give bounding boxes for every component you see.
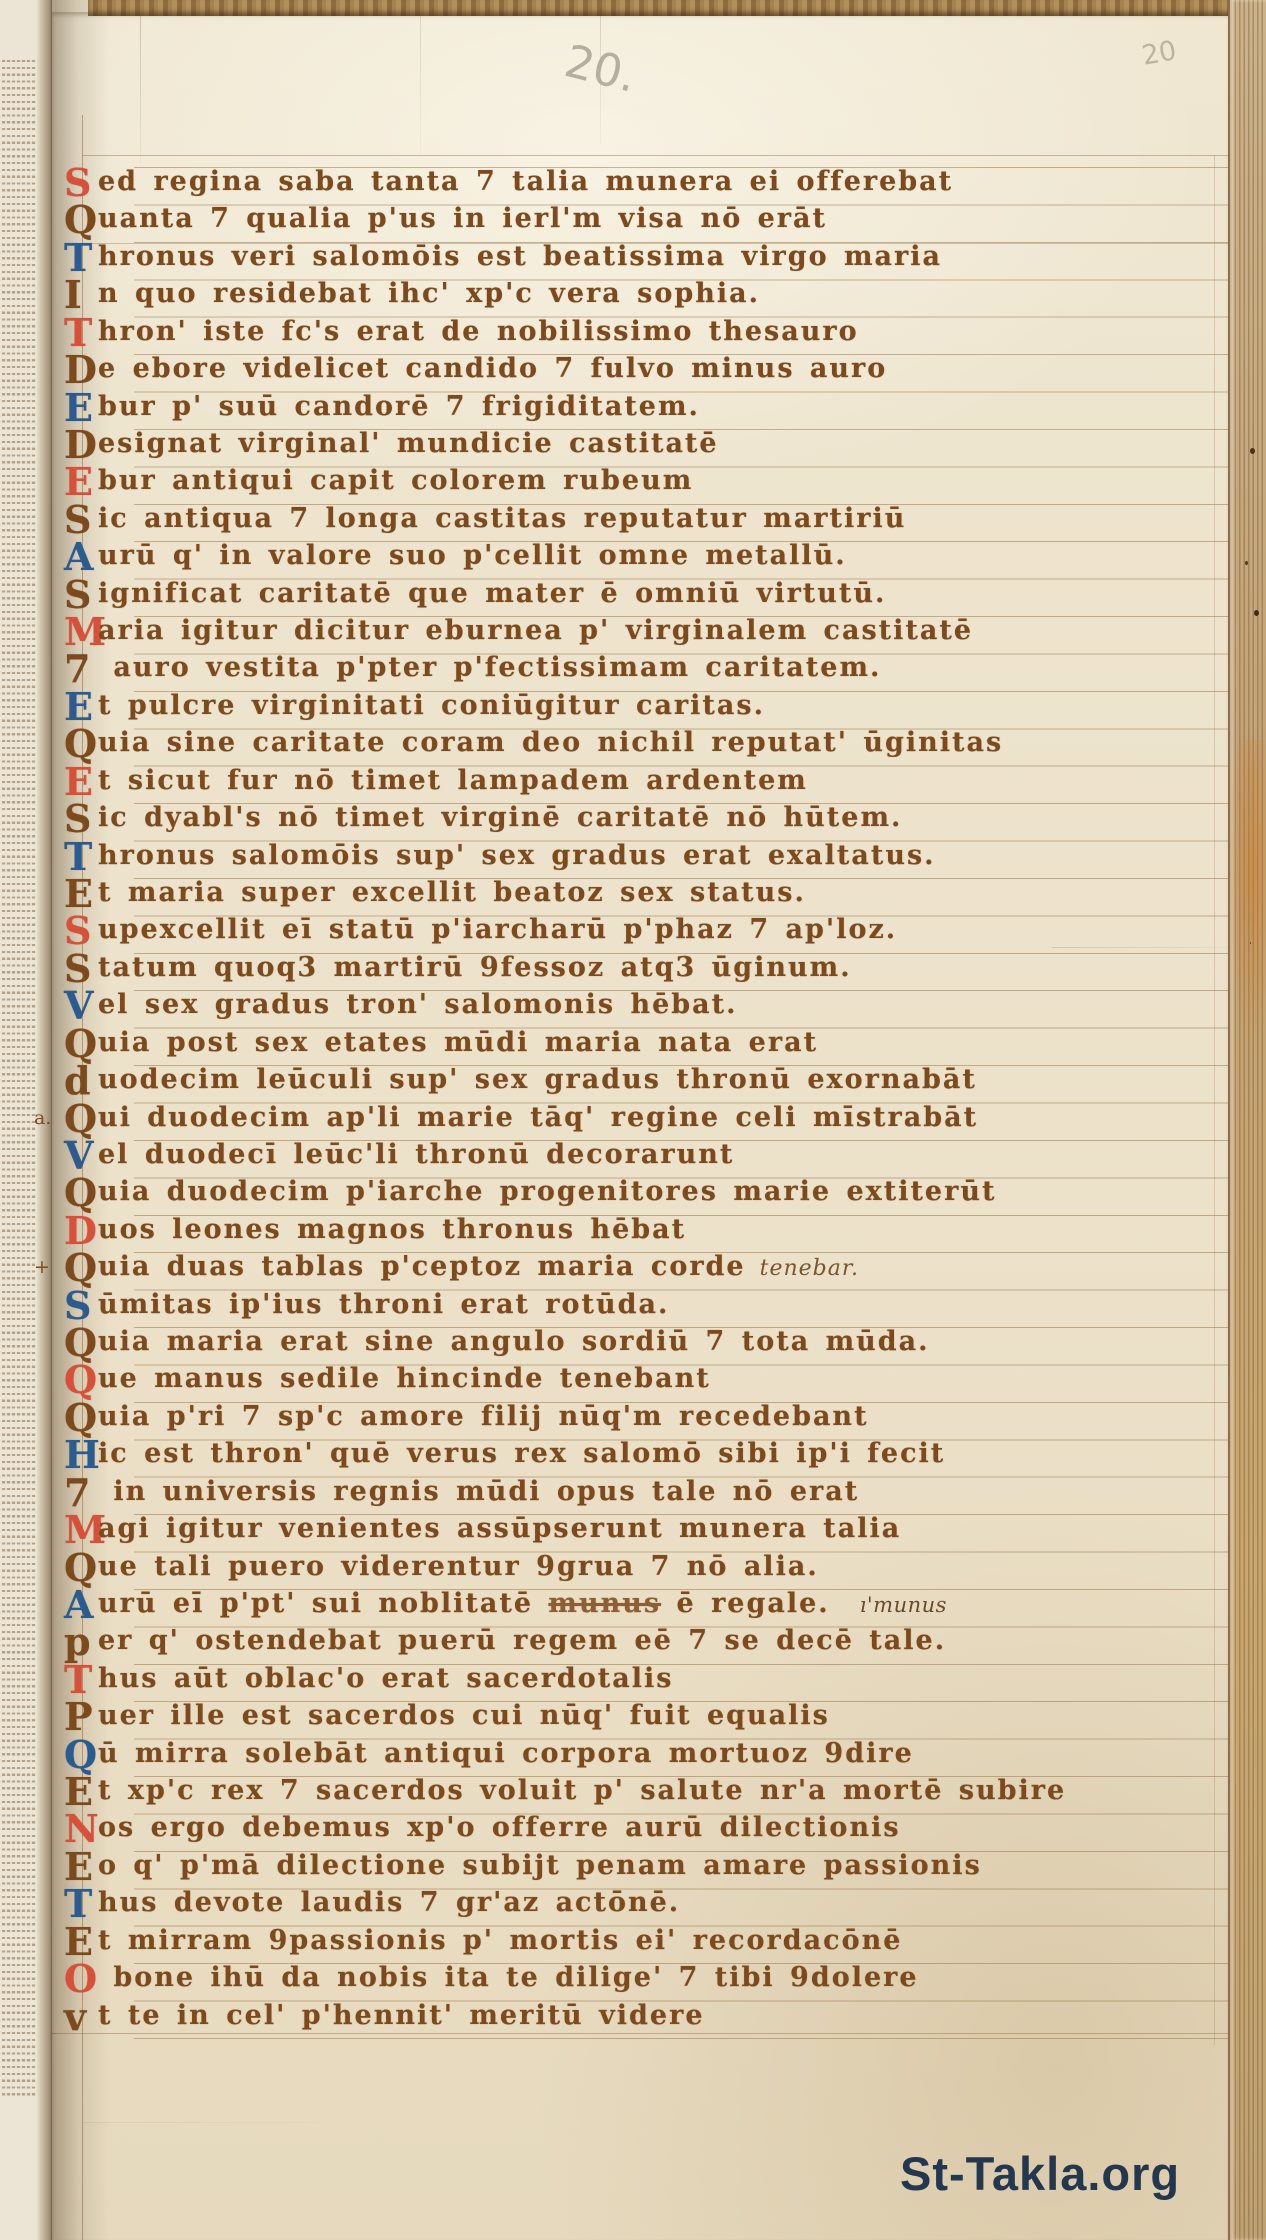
manuscript-line: vt te in cel' p'hennit' meritū videre bbox=[64, 1997, 705, 2035]
line-text: bur antiqui capit colorem rubeum bbox=[98, 465, 693, 496]
line-text: el sex gradus tron' salomonis hēbat. bbox=[98, 989, 738, 1020]
line-text: uia post sex etates mūdi maria nata erat bbox=[98, 1027, 818, 1058]
manuscript-line: Quia sine caritate coram deo nichil repu… bbox=[64, 724, 1003, 762]
line-initial: E bbox=[64, 1850, 98, 1884]
manuscript-line: Quia duodecim p'iarche progenitores mari… bbox=[64, 1173, 996, 1211]
fore-edge bbox=[1228, 0, 1266, 2240]
line-initial: S bbox=[64, 1289, 98, 1323]
line-initial: E bbox=[64, 465, 98, 499]
manuscript-line: Et mirram 9passionis p' mortis ei' recor… bbox=[64, 1922, 902, 1960]
line-text: uia p'ri 7 sp'c amore filij nūq'm recede… bbox=[98, 1401, 869, 1432]
line-text: t xp'c rex 7 sacerdos voluit p' salute n… bbox=[98, 1775, 1066, 1806]
manuscript-line: Quanta 7 qualia p'us in ierl'm visa nō e… bbox=[64, 200, 827, 238]
manuscript-scan: 20. 20 Sed regina saba tanta 7 talia mun… bbox=[0, 0, 1266, 2240]
manuscript-line: Sūmitas ip'ius throni erat rotūda. bbox=[64, 1286, 669, 1324]
line-initial: Q bbox=[64, 1102, 98, 1136]
manuscript-line: Statum quoq3 martirū 9fessoz atq3 ūginum… bbox=[64, 949, 852, 987]
line-initial: T bbox=[64, 316, 98, 350]
line-text: uia maria erat sine angulo sordiū 7 tota… bbox=[98, 1326, 930, 1357]
line-initial: P bbox=[64, 1700, 98, 1734]
line-text: tatum quoq3 martirū 9fessoz atq3 ūginum. bbox=[98, 952, 852, 983]
line-initial: A bbox=[64, 540, 98, 574]
line-text: t mirram 9passionis p' mortis ei' record… bbox=[98, 1925, 902, 1956]
line-initial: E bbox=[64, 1925, 98, 1959]
line-text: hronus salomōis sup' sex gradus erat exa… bbox=[98, 840, 936, 871]
line-initial: Q bbox=[64, 1027, 98, 1061]
line-text: bone ihū da nobis ita te dilige' 7 tibi … bbox=[98, 1962, 919, 1993]
manuscript-line: Que manus sedile hincinde tenebant bbox=[64, 1360, 711, 1398]
manuscript-line: Quia p'ri 7 sp'c amore filij nūq'm reced… bbox=[64, 1398, 869, 1436]
manuscript-line: Nos ergo debemus xp'o offerre aurū dilec… bbox=[64, 1809, 901, 1847]
line-text: o q' p'mā dilectione subijt penam amare … bbox=[98, 1850, 982, 1881]
manuscript-line: Qui duodecim ap'li marie tāq' regine cel… bbox=[64, 1099, 978, 1137]
line-initial: d bbox=[64, 1064, 98, 1098]
line-initial: 7 bbox=[64, 652, 98, 686]
manuscript-line: Qū mirra solebāt antiqui corpora mortuoz… bbox=[64, 1735, 914, 1773]
manuscript-line: Eo q' p'mā dilectione subijt penam amare… bbox=[64, 1847, 982, 1885]
manuscript-line: Aurū eī p'pt' sui noblitatē munus ē rega… bbox=[64, 1585, 947, 1623]
line-initial: M bbox=[64, 1513, 98, 1547]
text-block: Sed regina saba tanta 7 talia munera ei … bbox=[64, 0, 1228, 2240]
manuscript-line: Quia duas tablas p'ceptoz maria cordeten… bbox=[64, 1248, 859, 1286]
manuscript-line: Hic est thron' quē verus rex salomō sibi… bbox=[64, 1435, 945, 1473]
line-text: ic est thron' quē verus rex salomō sibi … bbox=[98, 1438, 945, 1469]
manuscript-line: Designat virginal' mundicie castitatē bbox=[64, 425, 719, 463]
line-text: uia duodecim p'iarche progenitores marie… bbox=[98, 1176, 996, 1207]
line-initial: Q bbox=[64, 1251, 98, 1285]
line-initial: Q bbox=[64, 203, 98, 237]
line-text: ed regina saba tanta 7 talia munera ei o… bbox=[98, 166, 953, 197]
watermark: St-Takla.org bbox=[900, 2146, 1180, 2201]
line-text: auro vestita p'pter p'fectissimam carita… bbox=[98, 652, 881, 683]
line-initial: V bbox=[64, 1139, 98, 1173]
line-text: ignificat caritatē que mater ē omniū vir… bbox=[98, 578, 886, 609]
line-initial: M bbox=[64, 615, 98, 649]
line-initial: E bbox=[64, 765, 98, 799]
line-initial: Q bbox=[64, 1326, 98, 1360]
manuscript-line: duodecim leūculi sup' sex gradus thronū … bbox=[64, 1061, 977, 1099]
line-text: uia duas tablas p'ceptoz maria corde bbox=[98, 1251, 746, 1282]
line-text: bur p' suū candorē 7 frigiditatem. bbox=[98, 391, 700, 422]
line-text: hus devote laudis 7 gr'az actōnē. bbox=[98, 1887, 680, 1918]
manuscript-line: Thron' iste fc's erat de nobilissimo the… bbox=[64, 313, 859, 351]
line-initial: v bbox=[64, 2000, 98, 2034]
line-text: hronus veri salomōis est beatissima virg… bbox=[98, 241, 942, 272]
manuscript-line: Et pulcre virginitati coniūgitur caritas… bbox=[64, 687, 765, 725]
line-text: ui duodecim ap'li marie tāq' regine celi… bbox=[98, 1102, 978, 1133]
line-initial: T bbox=[64, 1887, 98, 1921]
manuscript-line: 7 auro vestita p'pter p'fectissimam cari… bbox=[64, 649, 881, 687]
line-initial: D bbox=[64, 353, 98, 387]
manuscript-line: Magi igitur venientes assūpserunt munera… bbox=[64, 1510, 901, 1548]
line-initial: E bbox=[64, 877, 98, 911]
manuscript-line: Thus aūt oblac'o erat sacerdotalis bbox=[64, 1660, 674, 1698]
line-initial: T bbox=[64, 1663, 98, 1697]
line-initial: Q bbox=[64, 1401, 98, 1435]
manuscript-line: Puer ille est sacerdos cui nūq' fuit equ… bbox=[64, 1697, 830, 1735]
line-text: er q' ostendebat puerū regem eē 7 se dec… bbox=[98, 1625, 946, 1656]
manuscript-line: In quo residebat ihc' xp'c vera sophia. bbox=[64, 275, 760, 313]
cursive-note: tenebar. bbox=[760, 1256, 859, 1281]
line-initial: S bbox=[64, 166, 98, 200]
manuscript-line: 7 in universis regnis mūdi opus tale nō … bbox=[64, 1473, 859, 1511]
line-text: el duodecī leūc'li thronū decorarunt bbox=[98, 1139, 734, 1170]
line-text: ic antiqua 7 longa castitas reputatur ma… bbox=[98, 503, 906, 534]
line-text: upexcellit eī statū p'iarcharū p'phaz 7 … bbox=[98, 914, 897, 945]
line-text: t sicut fur nō timet lampadem ardentem bbox=[98, 765, 808, 796]
line-initial: Q bbox=[64, 1551, 98, 1585]
line-text: agi igitur venientes assūpserunt munera … bbox=[98, 1513, 901, 1544]
line-initial: S bbox=[64, 802, 98, 836]
manuscript-line: Aurū q' in valore suo p'cellit omne meta… bbox=[64, 537, 847, 575]
line-text: t maria super excellit beatoz sex status… bbox=[98, 877, 806, 908]
line-initial: D bbox=[64, 428, 98, 462]
manuscript-line: Duos leones magnos thronus hēbat bbox=[64, 1211, 686, 1249]
line-initial: N bbox=[64, 1812, 98, 1846]
line-initial: D bbox=[64, 1214, 98, 1248]
manuscript-line: Et xp'c rex 7 sacerdos voluit p' salute … bbox=[64, 1772, 1066, 1810]
line-text: urū eī p'pt' sui noblitatē bbox=[98, 1588, 548, 1619]
line-initial: S bbox=[64, 503, 98, 537]
line-initial: p bbox=[64, 1625, 98, 1659]
line-initial: H bbox=[64, 1438, 98, 1472]
manuscript-line: per q' ostendebat puerū regem eē 7 se de… bbox=[64, 1622, 946, 1660]
line-initial: T bbox=[64, 840, 98, 874]
manuscript-line: Thus devote laudis 7 gr'az actōnē. bbox=[64, 1884, 680, 1922]
line-text: uer ille est sacerdos cui nūq' fuit equa… bbox=[98, 1700, 830, 1731]
line-text: ue tali puero viderentur 9grua 7 nō alia… bbox=[98, 1551, 819, 1582]
line-text: aria igitur dicitur eburnea p' virginale… bbox=[98, 615, 973, 646]
line-initial: E bbox=[64, 391, 98, 425]
line-initial: S bbox=[64, 578, 98, 612]
manuscript-line: Supexcellit eī statū p'iarcharū p'phaz 7… bbox=[64, 911, 897, 949]
manuscript-line: Vel duodecī leūc'li thronū decorarunt bbox=[64, 1136, 734, 1174]
line-text: uodecim leūculi sup' sex gradus thronū e… bbox=[98, 1064, 977, 1095]
line-text: e ebore videlicet candido 7 fulvo minus … bbox=[98, 353, 887, 384]
line-text: hus aūt oblac'o erat sacerdotalis bbox=[98, 1663, 674, 1694]
manuscript-line: Maria igitur dicitur eburnea p' virginal… bbox=[64, 612, 973, 650]
line-initial: E bbox=[64, 1775, 98, 1809]
manuscript-line: Ebur p' suū candorē 7 frigiditatem. bbox=[64, 388, 700, 426]
left-margin-mark: + bbox=[34, 1256, 50, 1278]
line-initial: T bbox=[64, 241, 98, 275]
line-text: uanta 7 qualia p'us in ierl'm visa nō er… bbox=[98, 203, 827, 234]
adjacent-page-ghost-text bbox=[2, 60, 36, 2100]
line-initial: 7 bbox=[64, 1476, 98, 1510]
line-initial: S bbox=[64, 952, 98, 986]
line-initial: Q bbox=[64, 727, 98, 761]
manuscript-line: Et maria super excellit beatoz sex statu… bbox=[64, 874, 806, 912]
line-text: urū q' in valore suo p'cellit omne metal… bbox=[98, 540, 847, 571]
struck-word: munus bbox=[548, 1588, 661, 1619]
line-initial: I bbox=[64, 278, 98, 312]
fore-edge-stain bbox=[1230, 740, 1266, 1060]
line-text: hron' iste fc's erat de nobilissimo thes… bbox=[98, 316, 859, 347]
line-text: in universis regnis mūdi opus tale nō er… bbox=[98, 1476, 859, 1507]
line-initial: Q bbox=[64, 1363, 98, 1397]
margin-correction-note: ı'munus bbox=[860, 1593, 947, 1617]
manuscript-line: Ebur antiqui capit colorem rubeum bbox=[64, 462, 693, 500]
line-initial: O bbox=[64, 1962, 98, 1996]
manuscript-line: Vel sex gradus tron' salomonis hēbat. bbox=[64, 986, 738, 1024]
manuscript-line: Sic dyabl's nō timet virginē caritatē nō… bbox=[64, 799, 902, 837]
line-initial: V bbox=[64, 989, 98, 1023]
manuscript-line: Quia post sex etates mūdi maria nata era… bbox=[64, 1024, 818, 1062]
manuscript-line: O bone ihū da nobis ita te dilige' 7 tib… bbox=[64, 1959, 919, 1997]
line-initial: A bbox=[64, 1588, 98, 1622]
line-text: n quo residebat ihc' xp'c vera sophia. bbox=[98, 278, 760, 309]
manuscript-line: Thronus salomōis sup' sex gradus erat ex… bbox=[64, 837, 936, 875]
line-text: ūmitas ip'ius throni erat rotūda. bbox=[98, 1289, 669, 1320]
manuscript-line: Sic antiqua 7 longa castitas reputatur m… bbox=[64, 500, 906, 538]
line-text: esignat virginal' mundicie castitatē bbox=[98, 428, 719, 459]
line-text: os ergo debemus xp'o offerre aurū dilect… bbox=[98, 1812, 901, 1843]
line-text: t pulcre virginitati coniūgitur caritas. bbox=[98, 690, 765, 721]
line-text: ue manus sedile hincinde tenebant bbox=[98, 1363, 711, 1394]
left-margin-mark: a. bbox=[34, 1107, 51, 1129]
manuscript-line: Quia maria erat sine angulo sordiū 7 tot… bbox=[64, 1323, 930, 1361]
fore-edge-specks bbox=[1250, 448, 1255, 454]
line-text: uia sine caritate coram deo nichil reput… bbox=[98, 727, 1003, 758]
manuscript-line: Thronus veri salomōis est beatissima vir… bbox=[64, 238, 942, 276]
line-text: t te in cel' p'hennit' meritū videre bbox=[98, 2000, 705, 2031]
line-text: uos leones magnos thronus hēbat bbox=[98, 1214, 686, 1245]
line-initial: S bbox=[64, 914, 98, 948]
manuscript-line: Sed regina saba tanta 7 talia munera ei … bbox=[64, 163, 953, 201]
line-text: ū mirra solebāt antiqui corpora mortuoz … bbox=[98, 1738, 914, 1769]
line-text: ē regale. bbox=[661, 1588, 830, 1619]
line-initial: Q bbox=[64, 1176, 98, 1210]
manuscript-line: De ebore videlicet candido 7 fulvo minus… bbox=[64, 350, 887, 388]
line-initial: E bbox=[64, 690, 98, 724]
manuscript-line: Et sicut fur nō timet lampadem ardentem bbox=[64, 762, 808, 800]
manuscript-line: Significat caritatē que mater ē omniū vi… bbox=[64, 575, 886, 613]
line-text: ic dyabl's nō timet virginē caritatē nō … bbox=[98, 802, 902, 833]
line-initial: Q bbox=[64, 1738, 98, 1772]
manuscript-line: Que tali puero viderentur 9grua 7 nō ali… bbox=[64, 1548, 819, 1586]
